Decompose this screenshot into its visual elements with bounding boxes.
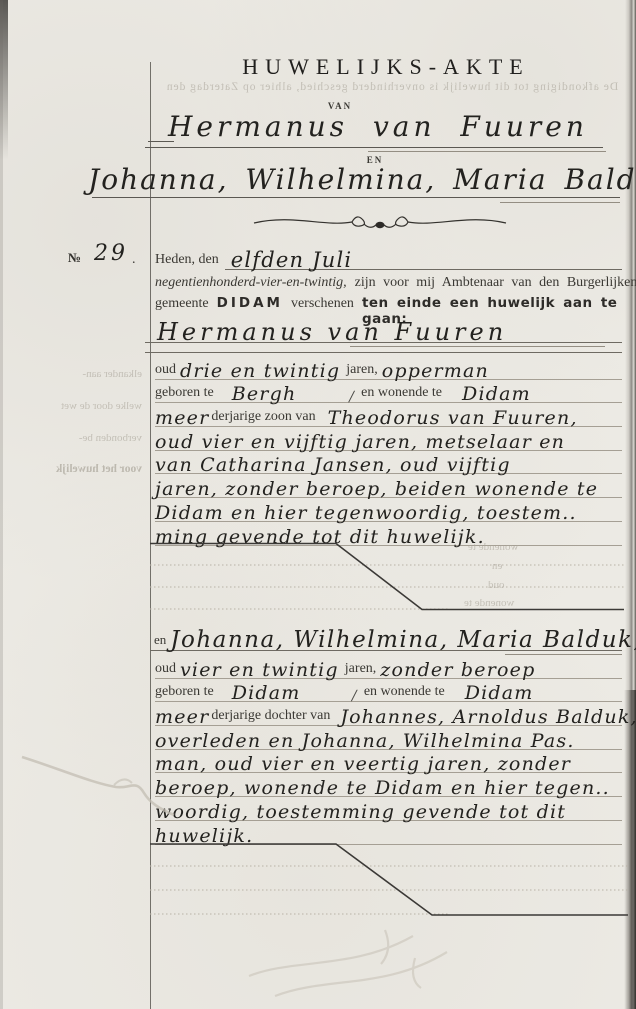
bleedthrough-left-line: verbonden be-	[6, 432, 142, 444]
bride-name-underline-secondary	[500, 202, 620, 203]
page-edge-left-line	[0, 0, 3, 1009]
act-title: HUWELIJKS-AKTE	[150, 54, 622, 80]
bride-body-line: overleden en Johanna, Wilhelmina Pas.	[155, 726, 622, 750]
strikethrough-z-block-2	[150, 842, 628, 920]
bride-body-line: woordig, toestemming gevende tot dit	[155, 797, 622, 821]
printed-heden-den: Heden, den	[155, 252, 219, 268]
intro-gemeente-line: gemeente DIDAM verschenen ten einde een …	[155, 295, 622, 315]
bride-body-line: man, oud vier en veertig jaren, zonder	[155, 750, 622, 774]
intro-date-line: Heden, den elfden Juli	[155, 246, 622, 270]
groom-entry-underline-secondary	[350, 346, 605, 347]
gemeente-name: DIDAM	[217, 295, 283, 311]
bride-entry-line: en Johanna, Wilhelmina, Maria Balduk,	[150, 618, 622, 651]
groom-name-underline	[145, 147, 603, 148]
groom-body-line: Didam en hier tegenwoordig, toestem..	[155, 498, 622, 522]
act-number-label: №	[68, 250, 81, 266]
bride-name-header: Johanna, Wilhelmina, Maria Balduk.	[88, 166, 636, 194]
bleedthrough-left-line: elkander aan-	[6, 368, 142, 380]
printed-en-small: en	[154, 632, 166, 648]
printed-verschenen: verschenen	[291, 296, 354, 312]
bride-entry-handwritten: Johanna, Wilhelmina, Maria Balduk,	[170, 629, 636, 652]
intro-year-line: negentienhonderd-vier-en-twintig, zijn v…	[155, 273, 622, 291]
groom-body-line: oud vier en vijftig jaren, metselaar en	[155, 427, 622, 451]
date-entry-handwritten: elfden Juli	[231, 250, 353, 271]
groom-line-born: geboren te Bergh ∕ en wonende te Didam	[155, 380, 622, 404]
groom-paragraph: oud drie en twintig jaren, opperman gebo…	[155, 356, 622, 546]
flourish-divider	[252, 209, 508, 235]
bride-line-age: oud vier en twintig jaren, zonder beroep	[155, 655, 622, 679]
strikethrough-z-block-1	[150, 542, 624, 614]
bleedthrough-strike-label: wonende te	[468, 541, 518, 553]
bride-line-born: geboren te Didam ∕ en wonende te Didam	[155, 679, 622, 703]
pencil-mark-lower-left	[18, 725, 178, 820]
groom-name-lead-dash	[148, 141, 174, 142]
bride-paragraph: oud vier en twintig jaren, zonder beroep…	[155, 655, 622, 845]
bride-body-line: huwelijk.	[155, 821, 622, 845]
bride-line-parentage: meer derjarige dochter van Johannes, Arn…	[155, 702, 622, 726]
blank-rule-line	[145, 352, 622, 353]
bleedthrough-strike-label: oud	[488, 579, 505, 591]
groom-entry-handwritten: Hermanus van Fuuren	[157, 320, 507, 344]
bleedthrough-strike-label: en	[492, 560, 502, 572]
groom-body-line: jaren, zonder beroep, beiden wonende te	[155, 474, 622, 498]
bleedthrough-signature-marks	[235, 918, 505, 1008]
groom-body-line: van Catharina Jansen, oud vijftig	[155, 451, 622, 475]
groom-line-age: oud drie en twintig jaren, opperman	[155, 356, 622, 380]
act-number-period: .	[132, 252, 136, 268]
bleedthrough-left-line: voor het huwelijk	[6, 463, 142, 475]
bleedthrough-top-line: De afkondiging tot dit huwelijk is onver…	[160, 81, 624, 93]
bleedthrough-left-line: welke door de wet	[6, 400, 142, 412]
printed-gemeente: gemeente	[155, 296, 209, 312]
bride-name-underline	[92, 197, 620, 198]
bleedthrough-strike-label: wonende te	[464, 597, 514, 609]
groom-line-parentage: meer derjarige zoon van Theodorus van Fu…	[155, 403, 622, 427]
printed-year-italic: negentienhonderd-vier-en-twintig,	[155, 275, 347, 290]
bride-body-line: beroep, wonende te Didam en hier tegen..	[155, 773, 622, 797]
groom-name-header: Hermanus van Fuuren	[168, 113, 588, 141]
act-number-value: 29	[94, 243, 128, 265]
groom-name-underline-secondary	[368, 151, 606, 152]
groom-entry-line: Hermanus van Fuuren	[145, 316, 622, 343]
printed-officiant-text: zijn voor mij Ambtenaar van den Burgerli…	[355, 275, 636, 290]
marriage-certificate-page: HUWELIJKS-AKTE De afkondiging tot dit hu…	[0, 0, 636, 1009]
